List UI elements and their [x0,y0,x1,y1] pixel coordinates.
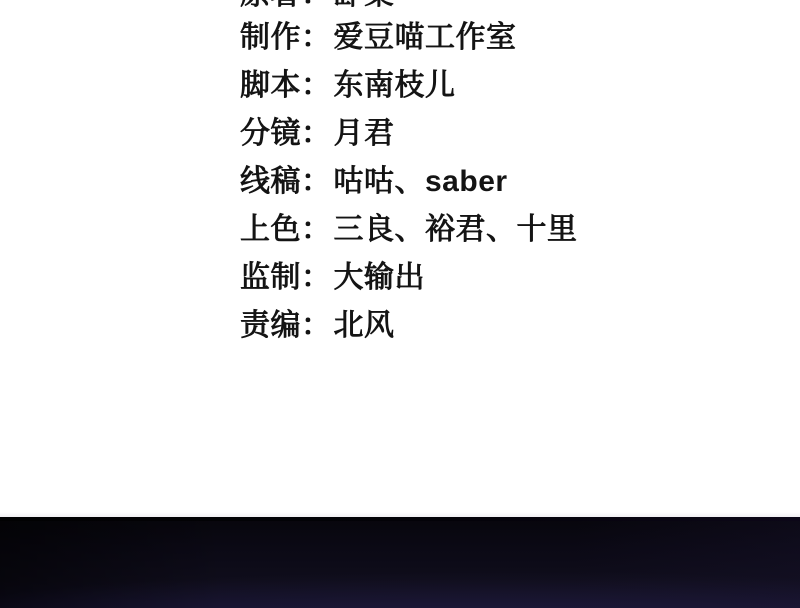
credit-names: 三良、裕君、十里 [334,213,578,246]
credit-role: 脚本 [240,69,301,102]
credit-colon: ： [301,117,334,150]
credit-line-script: 脚本：东南枝儿 [240,71,456,101]
credit-role: 原著 [240,0,301,11]
credit-line-production: 制作：爱豆喵工作室 [240,23,517,53]
credit-colon: ： [301,0,334,11]
comic-page: 原著：卧巢 制作：爱豆喵工作室 脚本：东南枝儿 分镜：月君 线稿：咕咕、sabe… [0,0,800,608]
credit-names: 卧巢 [334,0,395,11]
credit-role: 上色 [240,213,301,246]
credit-line-supervision: 监制：大输出 [240,263,425,293]
credit-names: 月君 [334,117,395,150]
credit-colon: ： [301,213,334,246]
credit-colon: ： [301,69,334,102]
next-panel-dark-background [0,517,800,608]
credit-role: 责编 [240,309,301,342]
credit-line-coloring: 上色：三良、裕君、十里 [240,215,578,245]
credit-names: 咕咕、saber [334,165,508,198]
panel-top-edge [0,517,800,521]
credit-role: 线稿 [240,165,301,198]
credit-colon: ： [301,165,334,198]
credit-names: 大输出 [334,261,426,294]
credit-line-original-author: 原著：卧巢 [240,0,395,10]
credit-line-lineart: 线稿：咕咕、saber [240,167,508,197]
credit-names: 爱豆喵工作室 [334,21,517,54]
credit-names: 北风 [334,309,395,342]
credit-role: 制作 [240,21,301,54]
credit-line-storyboard: 分镜：月君 [240,119,395,149]
credit-colon: ： [301,261,334,294]
credit-role: 监制 [240,261,301,294]
credit-colon: ： [301,21,334,54]
credit-line-editor: 责编：北风 [240,311,395,341]
credit-colon: ： [301,309,334,342]
credit-role: 分镜 [240,117,301,150]
credit-names: 东南枝儿 [334,69,456,102]
